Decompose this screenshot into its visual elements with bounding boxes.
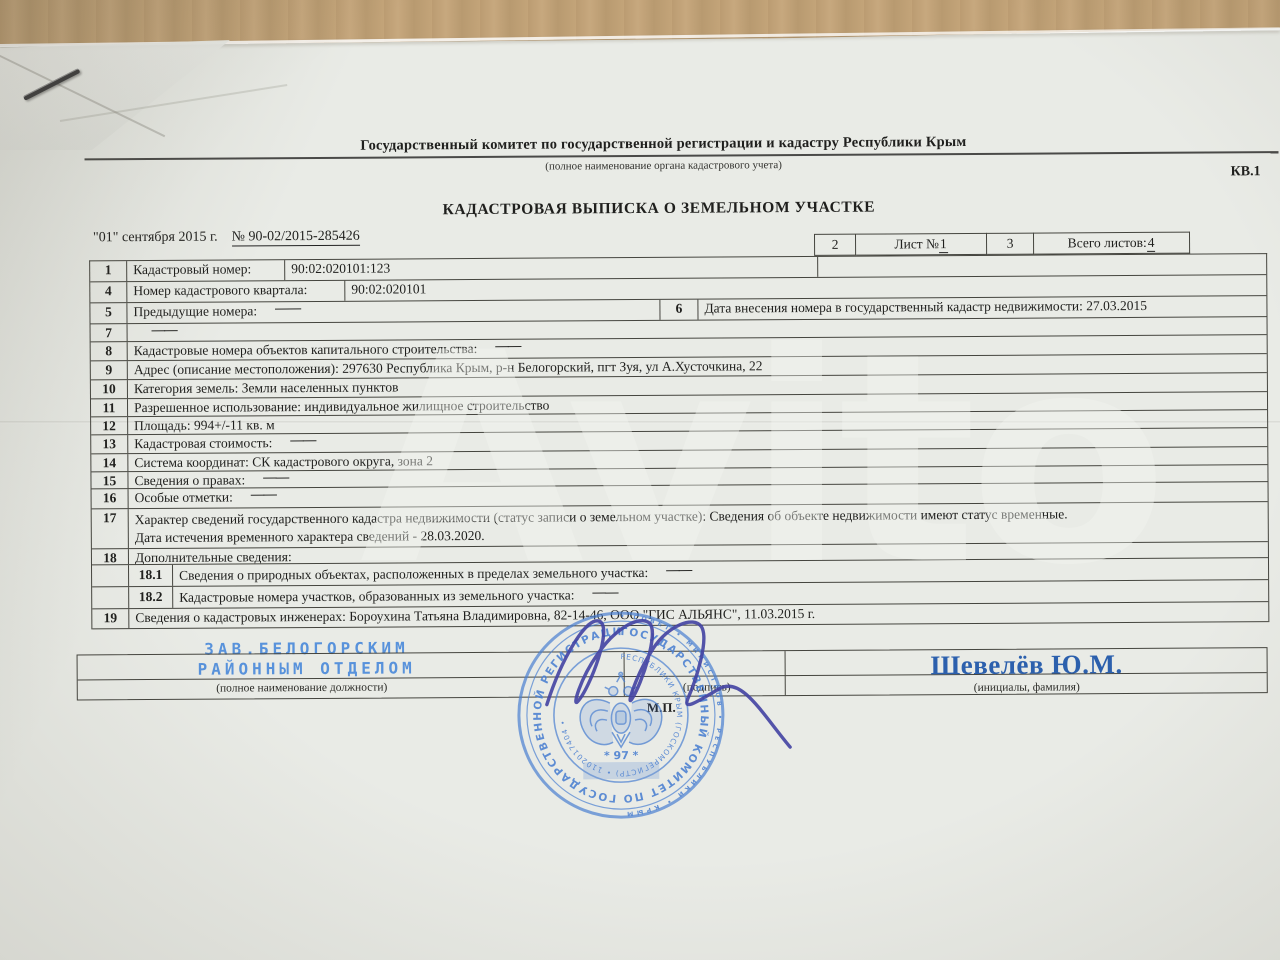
document-number: № 90-02/2015-285426 <box>232 229 360 247</box>
empty-dash: —— <box>152 322 177 337</box>
row-number: 9 <box>91 361 128 379</box>
date-line: "01" сентября 2015 г.№ 90-02/2015-285426 <box>93 229 360 247</box>
row-number: 12 <box>91 417 128 434</box>
form-code: КВ.1 <box>1231 164 1261 180</box>
row-number: 18 <box>92 549 129 564</box>
sheet-count-strip: 2 Лист № 1 3 Всего листов: 4 <box>814 232 1190 256</box>
empty-dash: —— <box>251 486 276 501</box>
row-number: 15 <box>91 472 128 488</box>
signer-name: Шевелёв Ю.М. <box>832 648 1222 681</box>
total-sheets-label: Всего листов: <box>1068 235 1147 251</box>
row-number: 8 <box>91 342 128 360</box>
empty-dash: —— <box>290 432 315 447</box>
row-number: 14 <box>91 454 128 471</box>
row-number: 11 <box>91 399 128 416</box>
issue-date: "01" сентября 2015 г. <box>93 230 218 246</box>
row-number <box>92 587 129 608</box>
document-content: Государственный комитет по государственн… <box>0 0 1280 960</box>
photo-of-document: Государственный комитет по государственн… <box>0 0 1280 960</box>
cell-2: 2 <box>814 234 856 256</box>
row-number: 10 <box>91 380 128 398</box>
row-number: 13 <box>91 435 128 453</box>
row-number: 6 <box>660 300 698 320</box>
row-number <box>92 565 129 586</box>
name-caption: (инициалы, фамилия) <box>902 681 1152 695</box>
total-sheets-cell: Всего листов: 4 <box>1034 232 1190 255</box>
row-number: 19 <box>92 609 129 628</box>
row-number: 4 <box>90 282 127 302</box>
sheet-number-value: 1 <box>939 236 948 253</box>
row-number: 7 <box>91 324 128 341</box>
row-value: Дата внесения номера в государственный к… <box>698 296 1266 319</box>
sheet-number-cell: Лист № 1 <box>856 233 987 256</box>
row-label: Кадастровый номер: <box>127 260 285 281</box>
empty-dash: —— <box>275 300 300 315</box>
empty-dash: —— <box>666 562 691 577</box>
row-subnumber: 18.2 <box>129 587 173 608</box>
row-text: Характер сведений государственного кадас… <box>129 502 1268 548</box>
empty-dash: —— <box>495 338 520 353</box>
row-number: 5 <box>90 303 127 323</box>
document-title: КАДАСТРОВАЯ ВЫПИСКА О ЗЕМЕЛЬНОМ УЧАСТКЕ <box>59 196 1259 221</box>
sheet-number-label: Лист № <box>894 236 939 252</box>
position-caption: (полное наименование должности) <box>132 681 472 695</box>
row-label: Предыдущие номера:—— <box>127 300 660 323</box>
total-sheets-value: 4 <box>1147 234 1156 251</box>
cell-3: 3 <box>987 233 1034 255</box>
row-number: 1 <box>90 261 127 281</box>
cadastral-table: 1 Кадастровый номер: 90:02:020101:123 4 … <box>89 253 1269 629</box>
row-value: 90:02:020101:123 <box>285 257 818 280</box>
row-label: Номер кадастрового квартала: <box>127 281 345 302</box>
row-subnumber: 18.1 <box>129 565 173 586</box>
handwritten-signature <box>451 595 812 767</box>
row-number: 16 <box>92 489 129 508</box>
row-spacer <box>818 254 1266 277</box>
row-number: 17 <box>92 509 129 548</box>
empty-dash: —— <box>263 469 288 484</box>
